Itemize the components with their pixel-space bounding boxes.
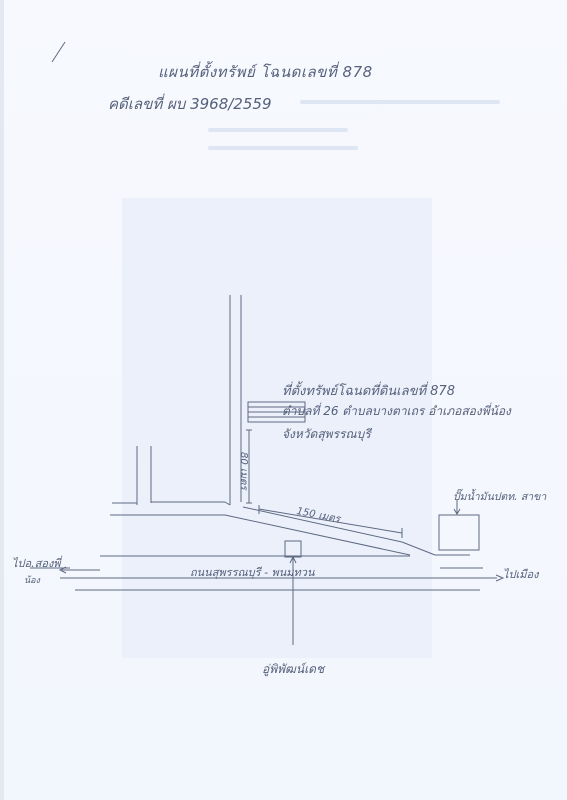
corner-mark [52, 42, 65, 62]
garage-label: อู่พิพัฒน์เดช [262, 660, 324, 679]
left-direction-label-line2: น้อง [24, 573, 40, 587]
scanned-page: แผนที่ตั้งทรัพย์ โฉนดเลขที่ 878 คดีเลขที… [0, 0, 567, 800]
property-label-line3: จังหวัดสุพรรณบุรี [282, 425, 371, 444]
pump-station-label: ปั๊มน้ำมันปตท. สาขา [453, 488, 546, 505]
main-road-label: ถนนสุพรรณบุรี - พนมทวน [190, 563, 315, 581]
case-number: คดีเลขที่ ผบ 3968/2559 [108, 92, 271, 116]
property-label-line1: ที่ตั้งทรัพย์โฉนดที่ดินเลขที่ 878 [282, 380, 455, 401]
distance-80m-label: 80 เมตร [236, 452, 251, 490]
left-direction-label: ไปอ.สองพี่ [12, 554, 61, 572]
property-label-line2: ตำบลที่ 26 ตำบลบางตาเถร อำเภอสองพี่น้อง [282, 402, 511, 421]
right-direction-label: ไปเมือง [503, 565, 539, 583]
map-title: แผนที่ตั้งทรัพย์ โฉนดเลขที่ 878 [158, 60, 373, 84]
